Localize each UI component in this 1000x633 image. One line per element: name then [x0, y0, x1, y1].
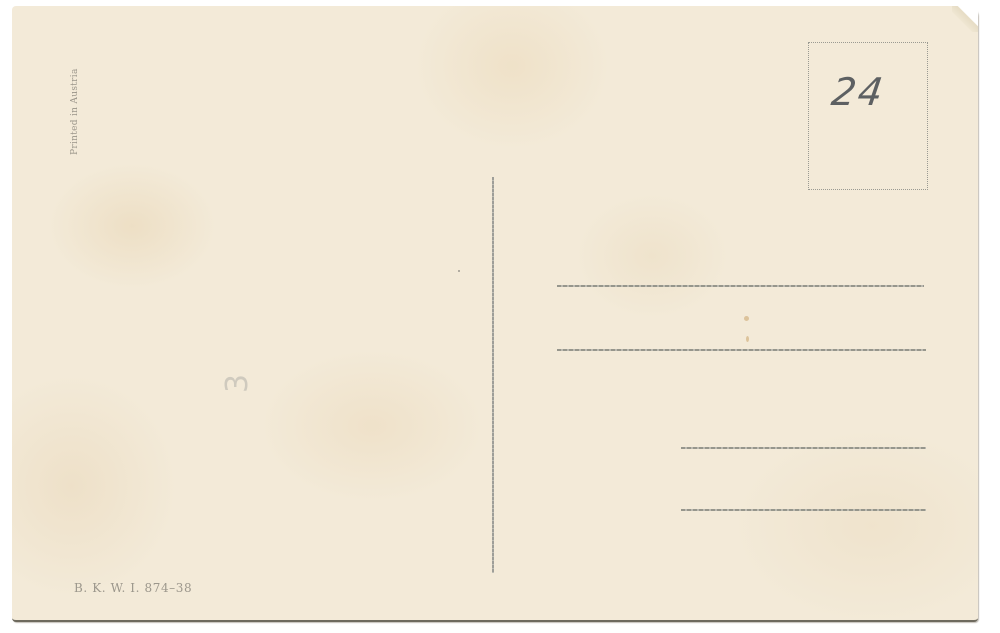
printed-in-austria-note: Printed in Austria [70, 68, 80, 155]
address-line-4 [681, 509, 926, 511]
foxing-spot [744, 316, 749, 321]
handwritten-number: 24 [829, 70, 888, 114]
pencil-mark: 3 [220, 374, 255, 393]
address-line-3 [681, 447, 926, 449]
address-line-2 [557, 349, 926, 351]
address-line-1 [557, 285, 924, 287]
stamp-box [808, 42, 928, 190]
publisher-code: B. K. W. I. 874–38 [74, 581, 192, 595]
foxing-spot [746, 336, 749, 342]
foxing-spot [458, 270, 460, 272]
folded-corner [952, 6, 978, 32]
center-divider-line [492, 177, 494, 573]
